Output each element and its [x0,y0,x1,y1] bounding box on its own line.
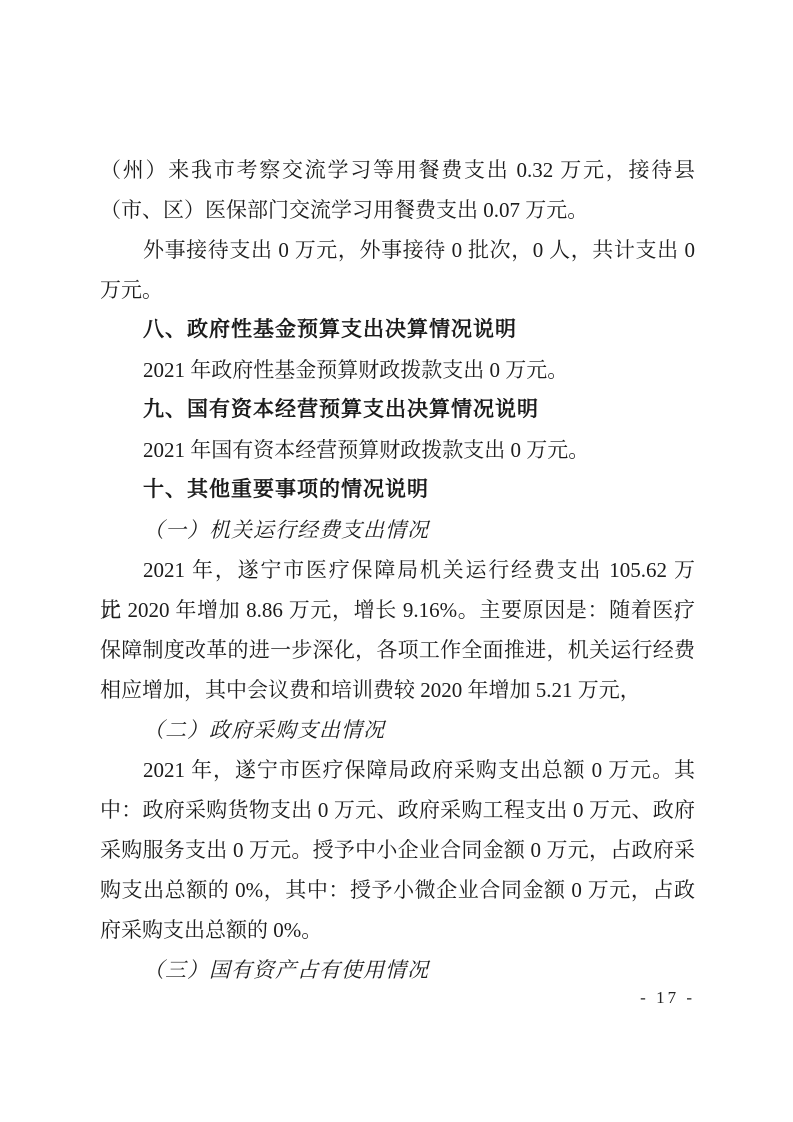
subsection-heading: （三）国有资产占有使用情况 [100,950,695,990]
section-heading: 九、国有资本经营预算支出决算情况说明 [100,390,695,430]
paragraph-line: 相应增加，其中会议费和培训费较 2020 年增加 5.21 万元， [100,670,695,710]
paragraph-line: 府采购支出总额的 0%。 [100,910,695,950]
document-body: （州）来我市考察交流学习等用餐费支出 0.32 万元，接待县 （市、区）医保部门… [100,150,695,990]
section-heading: 十、其他重要事项的情况说明 [100,470,695,510]
paragraph-line: 采购服务支出 0 万元。授予中小企业合同金额 0 万元，占政府采 [100,830,695,870]
paragraph-line: 2021 年，遂宁市医疗保障局机关运行经费支出 105.62 万元， [100,550,695,590]
paragraph-line: （州）来我市考察交流学习等用餐费支出 0.32 万元，接待县 [100,150,695,190]
paragraph-line: 保障制度改革的进一步深化，各项工作全面推进，机关运行经费 [100,630,695,670]
paragraph-line: 比 2020 年增加 8.86 万元，增长 9.16%。主要原因是：随着医疗 [100,590,695,630]
paragraph-line: 中：政府采购货物支出 0 万元、政府采购工程支出 0 万元、政府 [100,790,695,830]
subsection-heading: （二）政府采购支出情况 [100,710,695,750]
paragraph-line: 2021 年，遂宁市医疗保障局政府采购支出总额 0 万元。其 [100,750,695,790]
paragraph-line: 2021 年政府性基金预算财政拨款支出 0 万元。 [100,350,695,390]
paragraph-line: （市、区）医保部门交流学习用餐费支出 0.07 万元。 [100,190,695,230]
paragraph-line: 购支出总额的 0%，其中：授予小微企业合同金额 0 万元，占政 [100,870,695,910]
paragraph-line: 2021 年国有资本经营预算财政拨款支出 0 万元。 [100,430,695,470]
section-heading: 八、政府性基金预算支出决算情况说明 [100,310,695,350]
paragraph-line: 万元。 [100,270,695,310]
subsection-heading: （一）机关运行经费支出情况 [100,510,695,550]
document-page: （州）来我市考察交流学习等用餐费支出 0.32 万元，接待县 （市、区）医保部门… [0,0,793,1122]
paragraph-line: 外事接待支出 0 万元，外事接待 0 批次，0 人，共计支出 0 [100,230,695,270]
page-number: - 17 - [640,986,695,1010]
